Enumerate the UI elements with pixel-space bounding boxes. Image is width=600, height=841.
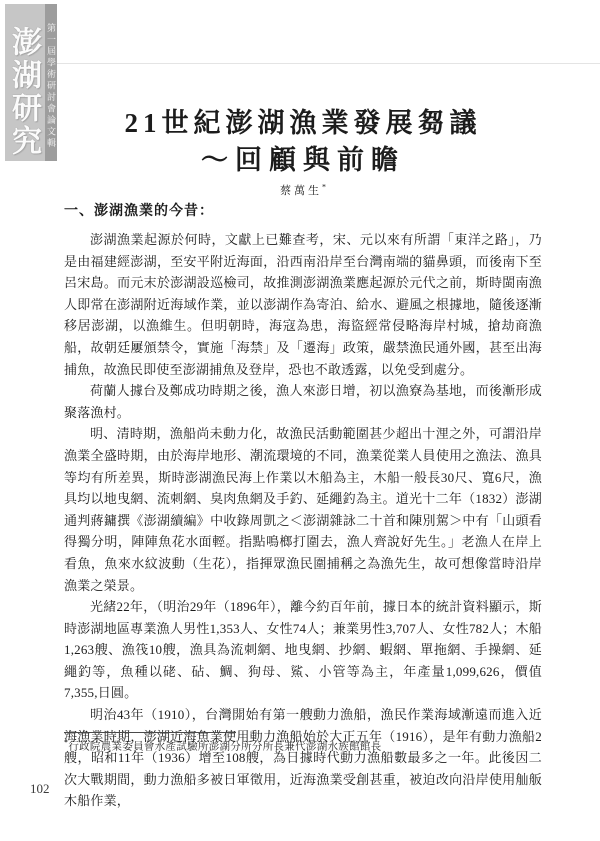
title-block: 21世紀澎湖漁業發展芻議 ～回顧與前瞻 蔡萬生* bbox=[62, 104, 544, 198]
author-footnote-mark: * bbox=[322, 182, 326, 191]
series-banner: 澎湖研究 第一屆學術研討會論文輯 bbox=[5, 4, 57, 161]
author-text: 蔡萬生 bbox=[280, 185, 322, 197]
paragraph: 澎湖漁業起源於何時，文獻上已難查考，宋、元以來有所謂「東洋之路」，乃是由福建經澎… bbox=[64, 229, 542, 380]
footnote-rule bbox=[64, 732, 236, 733]
author-name: 蔡萬生* bbox=[62, 182, 544, 198]
article-body: 一、澎湖漁業的今昔： 澎湖漁業起源於何時，文獻上已難查考，宋、元以來有所謂「東洋… bbox=[64, 201, 542, 812]
footnote-body: 行政院農業委員會水產試驗所澎湖分所分所長兼代澎湖水族館館長 bbox=[68, 742, 381, 753]
paragraph: 明治43年（1910），台灣開始有第一艘動力漁船，漁民作業海域漸遠而進入近海漁業… bbox=[64, 704, 542, 812]
page-title-line1: 21世紀澎湖漁業發展芻議 bbox=[62, 104, 544, 142]
page-number: 102 bbox=[30, 781, 50, 797]
section-heading: 一、澎湖漁業的今昔： bbox=[64, 201, 542, 223]
page-title-line2: ～回顧與前瞻 bbox=[62, 142, 544, 178]
footnote-block: *行政院農業委員會水產試驗所澎湖分所分所長兼代澎湖水族館館長 bbox=[64, 732, 542, 754]
banner-series-title: 澎湖研究 bbox=[5, 4, 45, 161]
paragraph: 光緒22年，（明治29年（1896年），離今約百年前，據日本的統計資料顯示，斯時… bbox=[64, 596, 542, 704]
paragraph: 荷蘭人據台及鄭成功時期之後，漁人來澎日增，初以漁寮為基地，而後漸形成聚落漁村。 bbox=[64, 380, 542, 423]
top-hairline bbox=[57, 63, 600, 64]
paragraph: 明、清時期，漁船尚未動力化，故漁民活動範圍甚少超出十浬之外，可謂沿岸漁業全盛時期… bbox=[64, 423, 542, 596]
footnote-text: *行政院農業委員會水產試驗所澎湖分所分所長兼代澎湖水族館館長 bbox=[64, 738, 542, 754]
banner-series-subtitle: 第一屆學術研討會論文輯 bbox=[45, 4, 57, 161]
